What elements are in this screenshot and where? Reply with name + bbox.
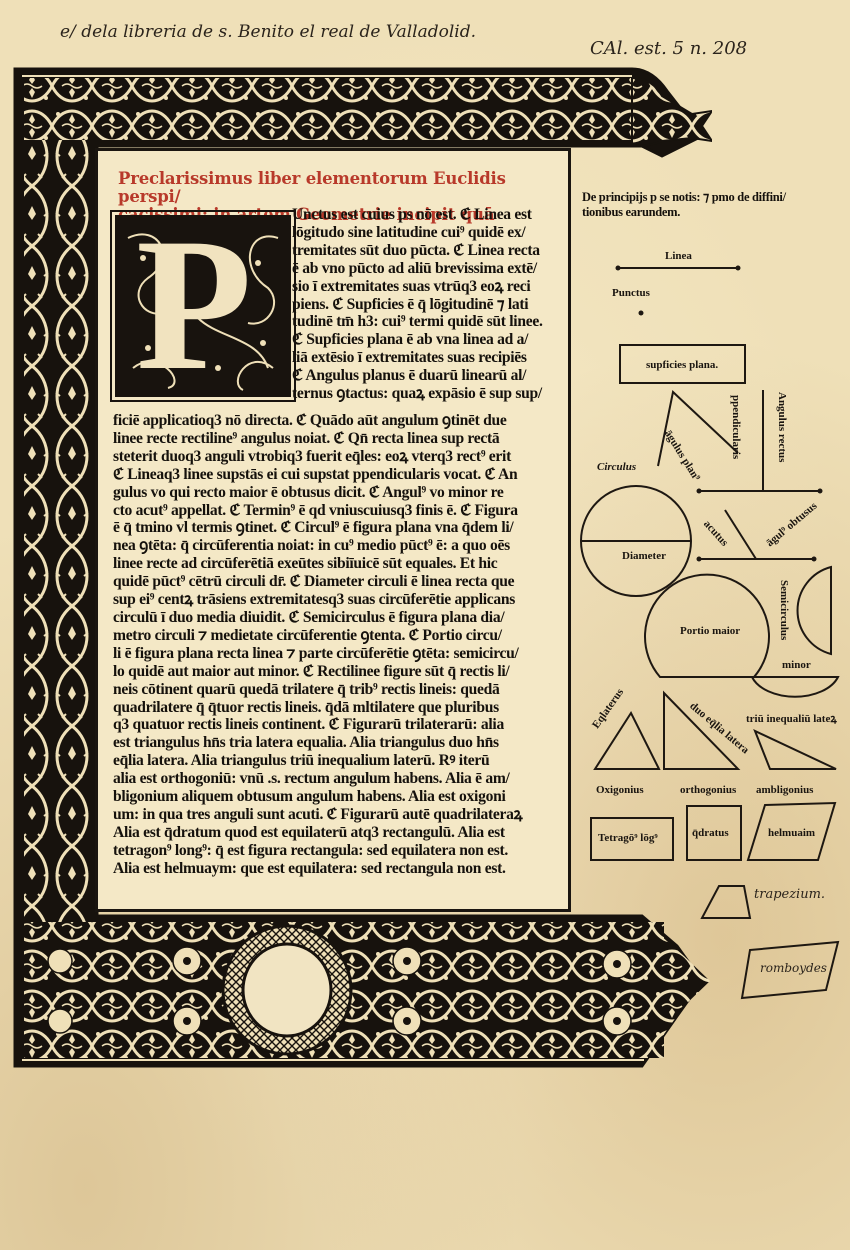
text-line: ē ab vno pūcto ad aliū brevissima extē/ bbox=[292, 260, 543, 278]
minor-segment-figure bbox=[752, 677, 838, 697]
text-line: Unctus est cuius ps nō est. ℭ Linea est bbox=[292, 206, 543, 224]
text-line: gulus vo qui recto maior ē obtusus dicit… bbox=[113, 484, 522, 502]
decorated-initial: P bbox=[115, 215, 291, 397]
text-line: neis cōtinent quarū quedā trilatere q̄ t… bbox=[113, 681, 522, 699]
text-line: metro circuli ⁊ medietate circūferentie … bbox=[113, 627, 522, 645]
label-trapezium: trapezium. bbox=[754, 887, 825, 902]
label-minor: minor bbox=[782, 659, 811, 671]
shelfmark-inscription: CAl. est. 5 n. 208 bbox=[590, 38, 747, 59]
label-helmuaim: helmuaim bbox=[768, 827, 815, 839]
text-line: linee recte ad circūferētiā exeūtes sibi… bbox=[113, 555, 522, 573]
text-line: eq̄lia latera. Alia triangulus triū ineq… bbox=[113, 752, 522, 770]
trapezium-figure bbox=[702, 886, 750, 918]
text-line: quidē pūct⁹ cētrū circuli dr̄. ℭ Diamete… bbox=[113, 573, 522, 591]
text-line: nea ꝯtēta: q̄ circūferentia noiat: in cu… bbox=[113, 537, 522, 555]
label-linea: Linea bbox=[665, 250, 692, 262]
body-text-full: ficiē applicatioq3 nō directa. ℭ Quādo a… bbox=[113, 412, 522, 878]
text-line: ℭ Lineaq3 linee supstās ei cui supstat p… bbox=[113, 466, 522, 484]
label-quadratus: q̄dratus bbox=[692, 827, 729, 839]
text-line: tremitates sūt duo pūcta. ℭ Linea recta bbox=[292, 242, 543, 260]
label-punctus: Punctus bbox=[612, 287, 650, 299]
text-line: q3 quatuor rectis lineis continent. ℭ Fi… bbox=[113, 716, 522, 734]
text-line: liā extēsio ī extremitates suas recipiēs bbox=[292, 349, 543, 367]
text-line: tudinē tm̄ h3: cui⁹ termi quidē sūt line… bbox=[292, 313, 543, 331]
text-line: ternus ꝯtactus: quaꝝ expāsio ē sup sup/ bbox=[292, 385, 543, 403]
text-line: steterit duoq3 anguli vtrobiq3 fuerit eq… bbox=[113, 448, 522, 466]
text-line: sup ei⁹ centꝝ trāsiens extremitatesq3 su… bbox=[113, 591, 522, 609]
geometric-figures bbox=[570, 180, 850, 1000]
text-line: alia est orthogoniū: vnū .s. rectum angu… bbox=[113, 770, 522, 788]
semicircle-figure bbox=[798, 567, 831, 654]
text-line: ē q̄ tmino vl termis ꝯtinet. ℭ Circul⁹ ē… bbox=[113, 519, 522, 537]
ownership-inscription: e/ dela libreria de s. Benito el real de… bbox=[60, 22, 476, 42]
label-circulus: Circulus bbox=[597, 461, 636, 473]
label-perpendicularis: ppendicularis bbox=[730, 395, 742, 459]
label-oxigonius: Oxigonius bbox=[596, 784, 644, 796]
text-line: Alia est q̄dratum quod est equilaterū at… bbox=[113, 824, 522, 842]
label-angulus-rectus: Angulus rectus bbox=[776, 392, 788, 462]
text-line: ficiē applicatioq3 nō directa. ℭ Quādo a… bbox=[113, 412, 522, 430]
text-line: sio ī extremitates suas vtrūq3 eoꝝ reci bbox=[292, 278, 543, 296]
label-ambligonius: ambligonius bbox=[756, 784, 813, 796]
text-line: bligonium aliquem obtusum angulum habens… bbox=[113, 788, 522, 806]
initial-letter-p: P bbox=[136, 210, 252, 400]
text-line: ℭ Angulus planus ē duarū linearū al/ bbox=[292, 367, 543, 385]
text-line: ℭ Supficies plana ē ab vna linea ad a/ bbox=[292, 331, 543, 349]
text-line: cto acut⁹ appellat. ℭ Termin⁹ ē qd vnius… bbox=[113, 502, 522, 520]
label-tetragonus-longus: Tetragō⁹ lōg⁹ bbox=[598, 832, 658, 844]
text-line: piens. ℭ Supficies ē q̄ lōgitudinē ⁊ lat… bbox=[292, 296, 543, 314]
label-orthogonius: orthogonius bbox=[680, 784, 736, 796]
body-text-indented: Unctus est cuius ps nō est. ℭ Linea est … bbox=[292, 206, 543, 403]
label-trium-inequalium-laterum: triū inequaliū lateꝝ bbox=[746, 711, 837, 726]
text-line: lo quidē aut maior aut minor. ℭ Rectilin… bbox=[113, 663, 522, 681]
point-figure bbox=[639, 311, 644, 316]
scalene-triangle-figure bbox=[755, 731, 836, 769]
text-line: circulū ī duo media diuidit. ℭ Semicircu… bbox=[113, 609, 522, 627]
text-line: est triangulus hn̄s tria latera equalia.… bbox=[113, 734, 522, 752]
text-line: um: in qua tres anguli sunt acuti. ℭ Fig… bbox=[113, 806, 522, 824]
label-portio-maior: Portio maior bbox=[680, 625, 740, 637]
label-diameter: Diameter bbox=[622, 550, 666, 562]
text-line: li ē figura plana recta linea ⁊ parte ci… bbox=[113, 645, 522, 663]
text-line: quadrilatere q̄ q̄tuor rectis lineis. q̄… bbox=[113, 699, 522, 717]
text-line: lōgitudo sine latitudine cui⁹ quidē ex/ bbox=[292, 224, 543, 242]
text-line: linee recte rectiline⁹ angulus noiat. ℭ … bbox=[113, 430, 522, 448]
text-line: Alia est helmuaym: que est equilatera: s… bbox=[113, 860, 522, 878]
label-romboydes: romboydes bbox=[760, 961, 827, 975]
label-semicirculus: Semicirculus bbox=[778, 580, 790, 640]
label-superficies-plana: supficies plana. bbox=[646, 359, 718, 371]
text-line: tetragon⁹ long⁹: q̄ est figura rectangul… bbox=[113, 842, 522, 860]
